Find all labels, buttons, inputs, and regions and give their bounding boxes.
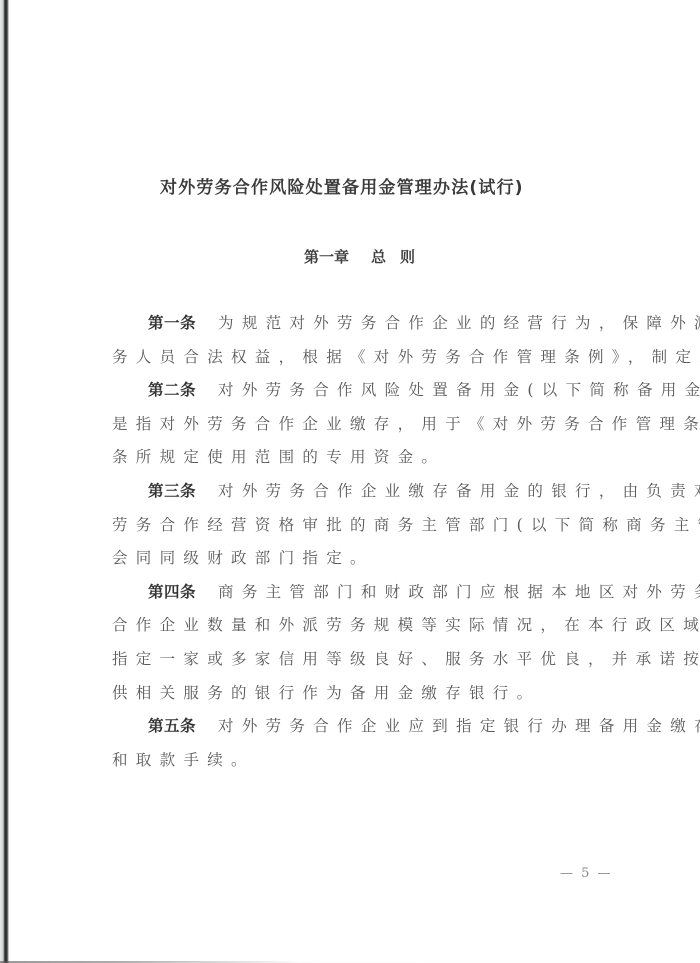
page-number: — 5 —: [560, 866, 613, 881]
article-line: 和取款手续。: [112, 744, 620, 778]
article-line: 劳务合作经营资格审批的商务主管部门(以下简称商务主管部门): [112, 509, 620, 543]
article-text: 对外劳务合作企业应到指定银行办理备用金缴存: [218, 717, 700, 735]
article-label: 第四条: [148, 583, 196, 601]
article-4: 第四条商务主管部门和财政部门应根据本地区对外劳务 合作企业数量和外派劳务规模等实…: [112, 576, 620, 710]
article-line: 供相关服务的银行作为备用金缴存银行。: [112, 677, 620, 711]
article-label: 第一条: [148, 314, 196, 332]
article-label: 第五条: [148, 717, 196, 735]
article-line: 会同同级财政部门指定。: [112, 542, 620, 576]
article-line: 合作企业数量和外派劳务规模等实际情况，在本行政区域内择优: [112, 609, 620, 643]
article-1: 第一条为规范对外劳务合作企业的经营行为，保障外派劳 务人员合法权益，根据《对外劳…: [112, 307, 620, 374]
chapter-heading: 第一章总则: [304, 247, 415, 267]
document-page: 对外劳务合作风险处置备用金管理办法(试行) 第一章总则 第一条为规范对外劳务合作…: [0, 0, 700, 963]
article-text: 对外劳务合作企业缴存备用金的银行，由负责对外: [218, 482, 700, 500]
article-line: 指定一家或多家信用等级良好、服务水平优良，并承诺按照要求提: [112, 643, 620, 677]
article-3: 第三条对外劳务合作企业缴存备用金的银行，由负责对外 劳务合作经营资格审批的商务主…: [112, 475, 620, 576]
chapter-number: 第一章: [304, 248, 349, 266]
chapter-name-part1: 总: [371, 248, 386, 266]
article-text: 为规范对外劳务合作企业的经营行为，保障外派劳: [218, 314, 700, 332]
article-2: 第二条对外劳务合作风险处置备用金(以下简称备用金) 是指对外劳务合作企业缴存，用…: [112, 374, 620, 475]
article-line: 务人员合法权益，根据《对外劳务合作管理条例》，制定本办法。: [112, 341, 620, 375]
article-line: 第四条商务主管部门和财政部门应根据本地区对外劳务: [112, 576, 620, 610]
article-line: 第二条对外劳务合作风险处置备用金(以下简称备用金): [112, 374, 620, 408]
article-label: 第三条: [148, 482, 196, 500]
document-title: 对外劳务合作风险处置备用金管理办法(试行): [160, 177, 580, 199]
article-label: 第二条: [148, 381, 196, 399]
article-line: 第五条对外劳务合作企业应到指定银行办理备用金缴存: [112, 710, 620, 744]
article-line: 条所规定使用范围的专用资金。: [112, 441, 620, 475]
article-text: 商务主管部门和财政部门应根据本地区对外劳务: [218, 583, 700, 601]
chapter-body: 第一条为规范对外劳务合作企业的经营行为，保障外派劳 务人员合法权益，根据《对外劳…: [112, 307, 620, 777]
chapter-name-part2: 则: [400, 248, 415, 266]
article-5: 第五条对外劳务合作企业应到指定银行办理备用金缴存 和取款手续。: [112, 710, 620, 777]
article-line: 是指对外劳务合作企业缴存，用于《对外劳务合作管理条例》第十: [112, 408, 620, 442]
article-line: 第三条对外劳务合作企业缴存备用金的银行，由负责对外: [112, 475, 620, 509]
article-line: 第一条为规范对外劳务合作企业的经营行为，保障外派劳: [112, 307, 620, 341]
article-text: 对外劳务合作风险处置备用金(以下简称备用金): [218, 381, 700, 399]
